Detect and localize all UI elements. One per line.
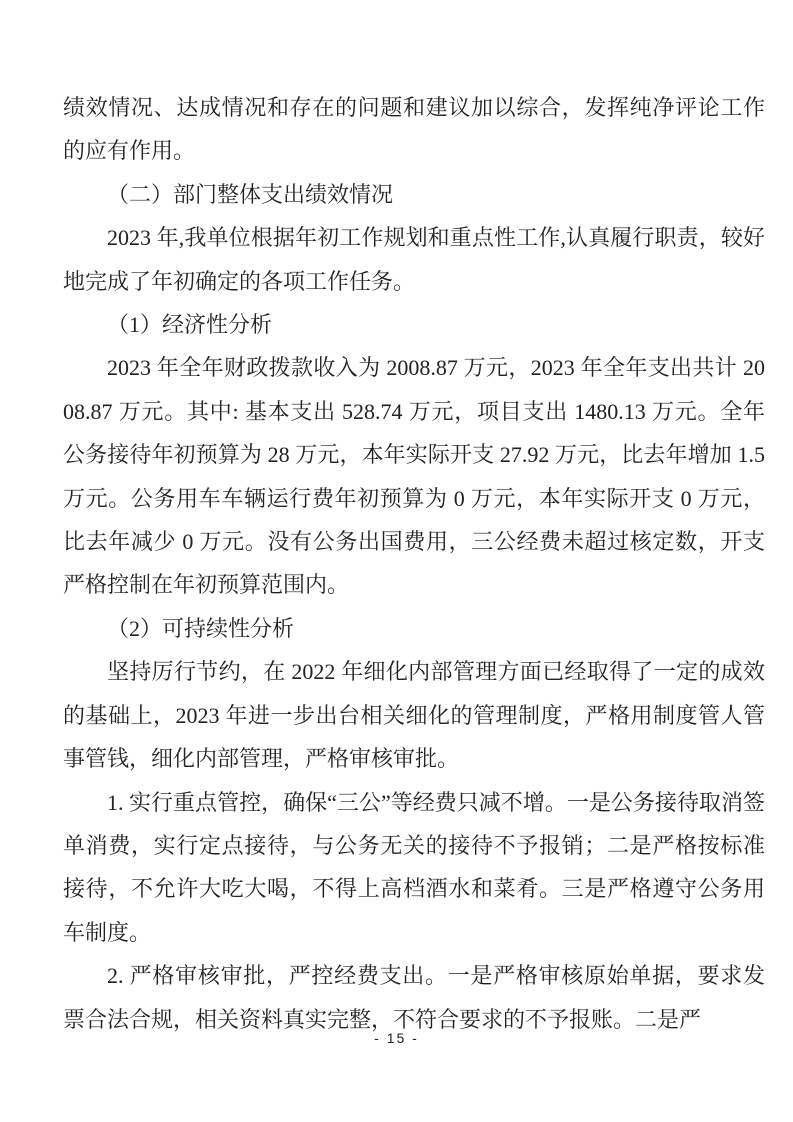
subsection-heading-sustainability-analysis: （2）可持续性分析 bbox=[63, 607, 765, 650]
paragraph-continuation: 绩效情况、达成情况和存在的问题和建议加以综合，发挥纯净评论工作的应有作用。 bbox=[63, 86, 765, 173]
paragraph: 2. 严格审核审批，严控经费支出。一是严格审核原始单据，要求发票合法合规，相关资… bbox=[63, 954, 765, 1041]
document-body: 绩效情况、达成情况和存在的问题和建议加以综合，发挥纯净评论工作的应有作用。 （二… bbox=[63, 86, 765, 1041]
paragraph: 1. 实行重点管控，确保“三公”等经费只减不增。一是公务接待取消签单消费，实行定… bbox=[63, 781, 765, 955]
paragraph: 2023 年全年财政拨款收入为 2008.87 万元，2023 年全年支出共计 … bbox=[63, 346, 765, 606]
document-page: 绩效情况、达成情况和存在的问题和建议加以综合，发挥纯净评论工作的应有作用。 （二… bbox=[0, 0, 793, 1122]
section-heading: （二）部门整体支出绩效情况 bbox=[63, 173, 765, 216]
paragraph: 坚持厉行节约，在 2022 年细化内部管理方面已经取得了一定的成效的基础上，20… bbox=[63, 650, 765, 780]
paragraph: 2023 年,我单位根据年初工作规划和重点性工作,认真履行职责，较好地完成了年初… bbox=[63, 216, 765, 303]
subsection-heading-economic-analysis: （1）经济性分析 bbox=[63, 303, 765, 346]
page-number: - 15 - bbox=[0, 1030, 793, 1046]
